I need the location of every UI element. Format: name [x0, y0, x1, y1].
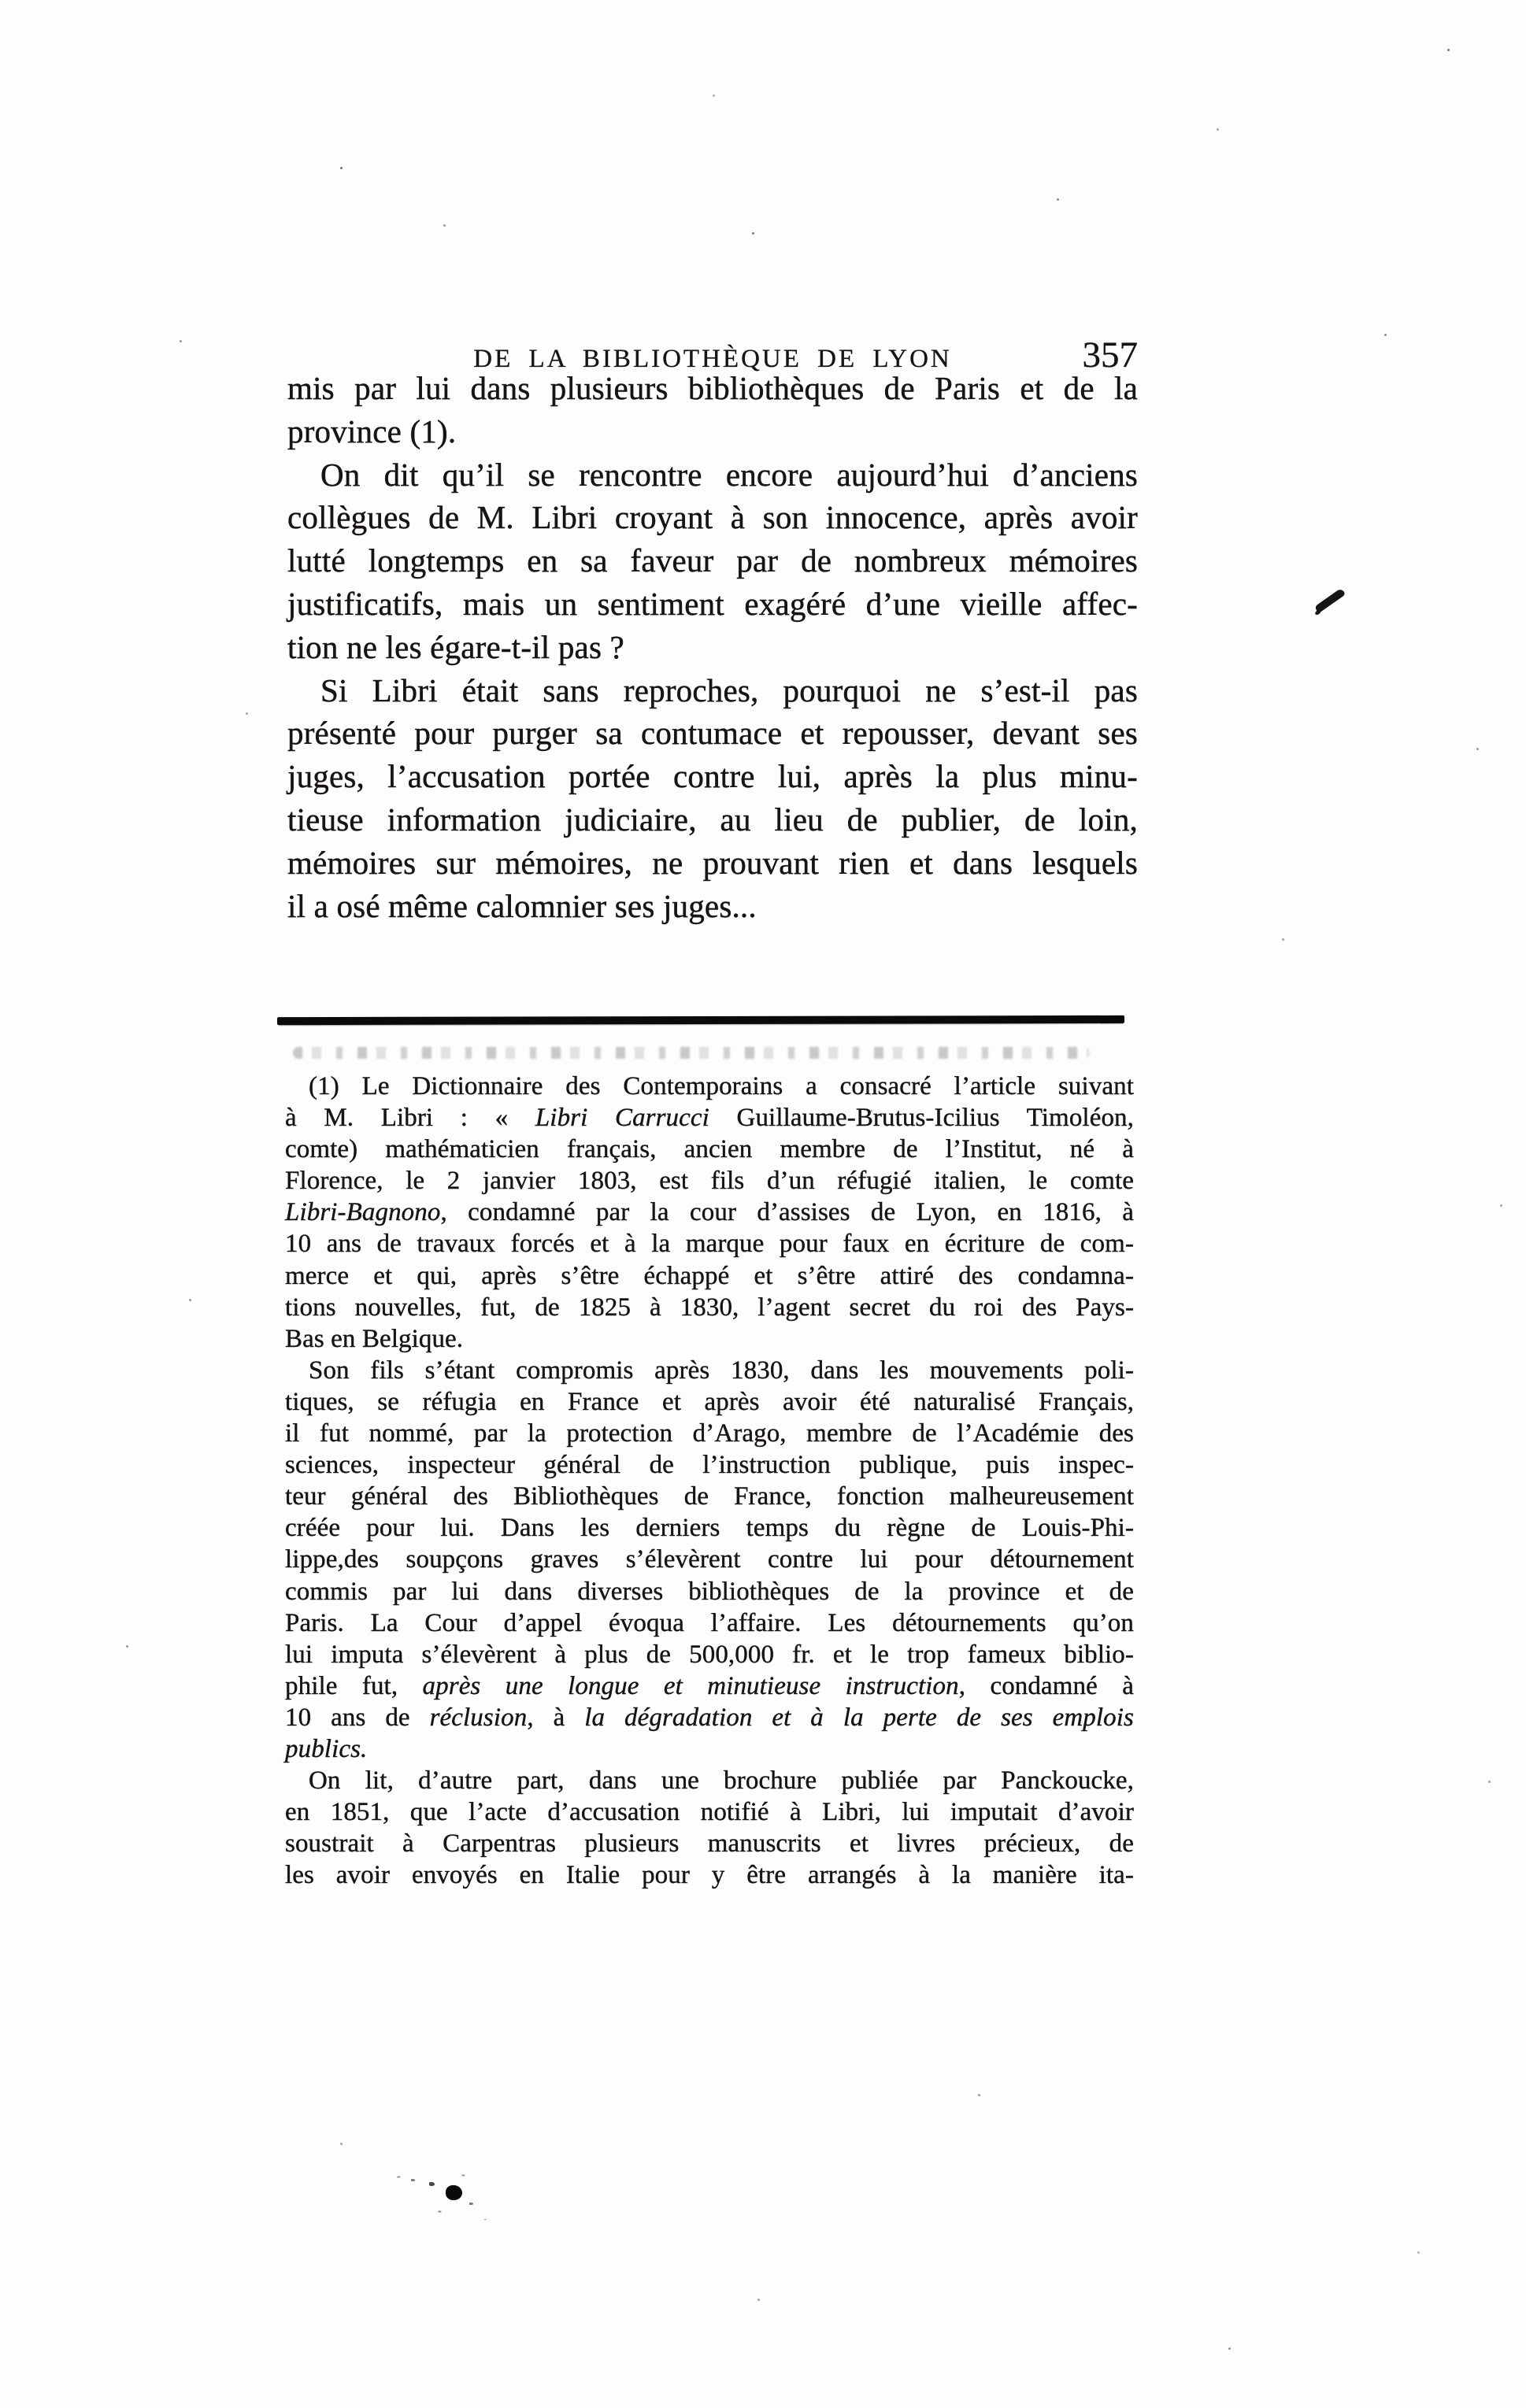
text-run: (1) Le Dictionnaire des Contemporains a … [309, 1072, 1134, 1100]
text-run: province (1). [287, 413, 456, 449]
text-line: il fut nommé, par la protection d’Arago,… [285, 1418, 1134, 1449]
text-line: justificatifs, mais un sentiment exagéré… [287, 583, 1138, 626]
text-run: merce et qui, après s’être échappé et s’… [285, 1262, 1134, 1290]
text-run: , à [527, 1703, 584, 1732]
text-line: teur général des Bibliothèques de France… [285, 1481, 1134, 1512]
text-run: tion ne les égare-t-il pas ? [287, 629, 624, 665]
text-run: Son fils s’étant compromis après 1830, d… [309, 1356, 1134, 1385]
text-line: Paris. La Cour d’appel évoqua l’affaire.… [285, 1607, 1134, 1639]
scanned-page: DE LA BIBLIOTHÈQUE DE LYON 357 mis par l… [0, 0, 1526, 2408]
text-run: 10 ans de travaux forcés et à la marque … [285, 1230, 1134, 1258]
text-run: à M. Libri : « [285, 1104, 535, 1132]
text-line: lutté longtemps en sa faveur par de nomb… [287, 539, 1138, 583]
pen-mark [1314, 588, 1346, 613]
text-line: (1) Le Dictionnaire des Contemporains a … [285, 1071, 1134, 1102]
text-run: 10 ans de [285, 1703, 430, 1732]
text-line: province (1). [287, 410, 1138, 453]
text-line: à M. Libri : « Libri Carrucci Guillaume-… [285, 1102, 1134, 1134]
text-run: tions nouvelles, fut, de 1825 à 1830, l’… [285, 1293, 1134, 1322]
text-run: tieuse information judiciaire, au lieu d… [287, 801, 1138, 838]
text-run: justificatifs, mais un sentiment exagéré… [287, 586, 1138, 622]
text-line: mémoires sur mémoires, ne prouvant rien … [287, 842, 1138, 885]
text-run: , condamné à [959, 1672, 1134, 1700]
text-run: lutté longtemps en sa faveur par de nomb… [287, 542, 1138, 579]
text-run: lui imputa s’élevèrent à plus de 500,000… [285, 1640, 1134, 1669]
text-line: juges, l’accusation portée contre lui, a… [287, 755, 1138, 798]
text-run: , condamné par la cour d’assises de Lyon… [440, 1198, 1134, 1226]
text-line: 10 ans de réclusion, à la dégradation et… [285, 1702, 1134, 1733]
text-run: On lit, d’autre part, dans une brochure … [309, 1766, 1134, 1795]
text-line: collègues de M. Libri croyant à son inno… [287, 496, 1138, 539]
text-run: créée pour lui. Dans les derniers temps … [285, 1514, 1134, 1542]
text-line: publics. [285, 1733, 1134, 1765]
text-line: On lit, d’autre part, dans une brochure … [285, 1765, 1134, 1796]
text-run: il fut nommé, par la protection d’Arago,… [285, 1419, 1134, 1448]
text-run: Bas en Belgique. [285, 1325, 463, 1353]
text-line: tiques, se réfugia en France et après av… [285, 1386, 1134, 1418]
text-line: phile fut, après une longue et minutieus… [285, 1670, 1134, 1702]
text-run: les avoir envoyés en Italie pour y être … [285, 1861, 1134, 1889]
italic-text-run: Libri-Bagnono [285, 1198, 440, 1226]
text-line: commis par lui dans diverses bibliothèqu… [285, 1576, 1134, 1607]
text-run: phile fut, [285, 1672, 423, 1700]
italic-text-run: la dégradation et à la perte de ses empl… [584, 1703, 1134, 1732]
text-run: présenté pour purger sa contumace et rep… [287, 715, 1138, 751]
scan-specks [0, 0, 2, 2]
text-line: créée pour lui. Dans les derniers temps … [285, 1512, 1134, 1544]
text-run: collègues de M. Libri croyant à son inno… [287, 499, 1138, 535]
text-line: sciences, inspecteur général de l’instru… [285, 1449, 1134, 1481]
text-line: Son fils s’étant compromis après 1830, d… [285, 1355, 1134, 1386]
text-run: juges, l’accusation portée contre lui, a… [287, 758, 1138, 794]
italic-text-run: après une longue et minutieuse instructi… [423, 1672, 959, 1700]
text-line: tion ne les égare-t-il pas ? [287, 626, 1138, 669]
italic-text-run: publics. [285, 1735, 367, 1763]
italic-text-run: Libri Carrucci [535, 1104, 709, 1132]
text-run: en 1851, que l’acte d’accusation notifié… [285, 1798, 1134, 1826]
text-run: Guillaume-Brutus-Icilius Timoléon, [709, 1104, 1134, 1132]
text-line: Bas en Belgique. [285, 1323, 1134, 1355]
text-run: Si Libri était sans reproches, pourquoi … [320, 672, 1138, 708]
text-run: il a osé même calomnier ses juges... [287, 888, 757, 924]
text-line: en 1851, que l’acte d’accusation notifié… [285, 1796, 1134, 1828]
text-run: mémoires sur mémoires, ne prouvant rien … [287, 845, 1138, 881]
text-run: commis par lui dans diverses bibliothèqu… [285, 1578, 1134, 1606]
footnote-text: (1) Le Dictionnaire des Contemporains a … [285, 1071, 1134, 1891]
text-line: il a osé même calomnier ses juges... [287, 885, 1138, 928]
text-line: lui imputa s’élevèrent à plus de 500,000… [285, 1639, 1134, 1670]
text-run: soustrait à Carpentras plusieurs manuscr… [285, 1829, 1134, 1858]
text-line: On dit qu’il se rencontre encore aujourd… [287, 453, 1138, 497]
text-line: Libri-Bagnono, condamné par la cour d’as… [285, 1197, 1134, 1228]
text-line: comte) mathématicien français, ancien me… [285, 1134, 1134, 1165]
text-line: lippe,des soupçons graves s’élevèrent co… [285, 1544, 1134, 1575]
text-line: soustrait à Carpentras plusieurs manuscr… [285, 1828, 1134, 1859]
text-run: sciences, inspecteur général de l’instru… [285, 1451, 1134, 1479]
text-line: Si Libri était sans reproches, pourquoi … [287, 669, 1138, 712]
italic-text-run: réclusion [430, 1703, 528, 1732]
text-line: 10 ans de travaux forcés et à la marque … [285, 1228, 1134, 1259]
print-smudge [293, 1047, 1090, 1059]
text-line: présenté pour purger sa contumace et rep… [287, 712, 1138, 755]
text-run: teur général des Bibliothèques de France… [285, 1482, 1134, 1511]
text-run: mis par lui dans plusieurs bibliothèques… [287, 370, 1138, 406]
text-line: les avoir envoyés en Italie pour y être … [285, 1859, 1134, 1891]
text-run: On dit qu’il se rencontre encore aujourd… [320, 457, 1138, 493]
text-line: Florence, le 2 janvier 1803, est fils d’… [285, 1165, 1134, 1197]
footnote-separator-rule [277, 1015, 1124, 1025]
text-run: Florence, le 2 janvier 1803, est fils d’… [285, 1167, 1134, 1195]
text-line: tions nouvelles, fut, de 1825 à 1830, l’… [285, 1292, 1134, 1323]
ink-blot [446, 2185, 462, 2200]
text-line: tieuse information judiciaire, au lieu d… [287, 798, 1138, 842]
text-run: lippe,des soupçons graves s’élevèrent co… [285, 1545, 1134, 1574]
text-run: comte) mathématicien français, ancien me… [285, 1135, 1134, 1163]
text-run: Paris. La Cour d’appel évoqua l’affaire.… [285, 1609, 1134, 1637]
text-line: mis par lui dans plusieurs bibliothèques… [287, 367, 1138, 410]
text-run: tiques, se réfugia en France et après av… [285, 1388, 1134, 1416]
text-line: merce et qui, après s’être échappé et s’… [285, 1260, 1134, 1292]
body-text: mis par lui dans plusieurs bibliothèques… [287, 367, 1138, 927]
